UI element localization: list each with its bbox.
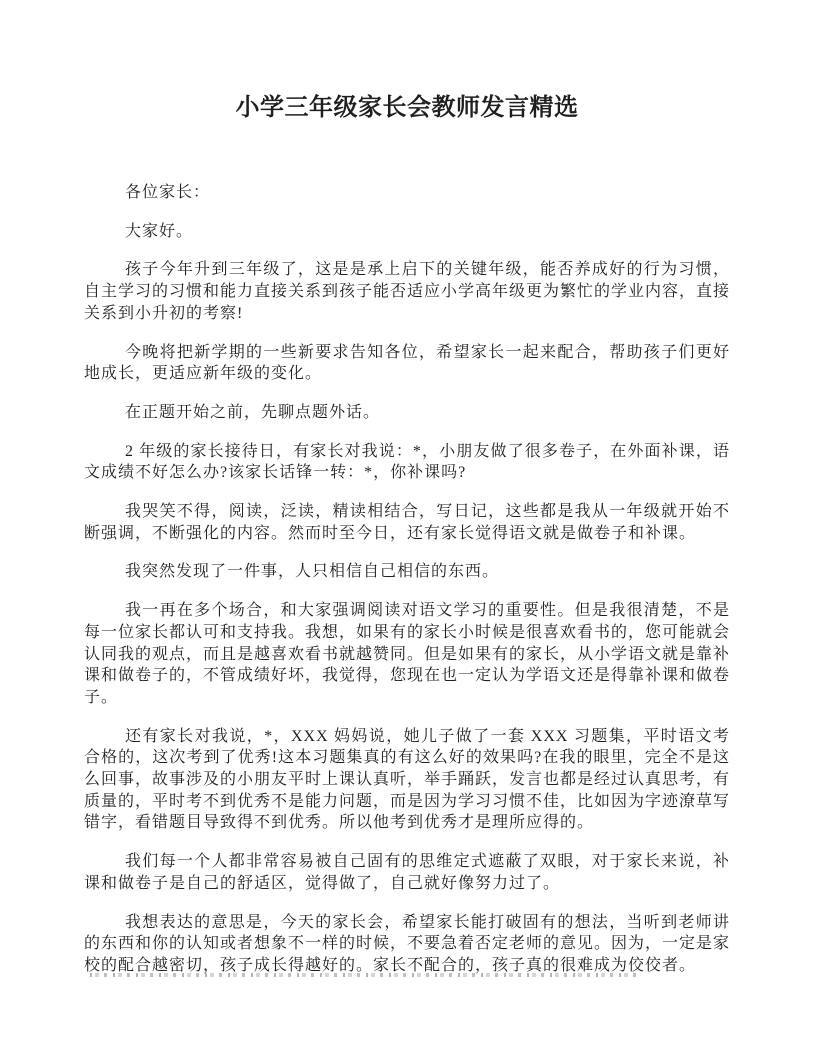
- paragraph-list: 各位家长：大家好。孩子今年升到三年级了，这是是承上启下的关键年级，能否养成好的行…: [84, 182, 730, 977]
- document-page: 小学三年级家长会教师发言精选 各位家长：大家好。孩子今年升到三年级了，这是是承上…: [0, 0, 816, 1056]
- paragraph: 在正题开始之前，先聊点题外话。: [84, 402, 730, 424]
- paragraph: 我突然发现了一件事，人只相信自己相信的东西。: [84, 561, 730, 583]
- paragraph: 今晚将把新学期的一些新要求告知各位，希望家长一起来配合，帮助孩子们更好地成长，更…: [84, 342, 730, 385]
- paragraph: 还有家长对我说，*，XXX 妈妈说，她儿子做了一套 XXX 习题集，平时语文考合…: [84, 726, 730, 835]
- paragraph: 孩子今年升到三年级了，这是是承上启下的关键年级，能否养成好的行为习惯，自主学习的…: [84, 259, 730, 324]
- paragraph: 我们每一个人都非常容易被自己固有的思维定式遮蔽了双眼，对于家长来说，补课和做卷子…: [84, 851, 730, 894]
- paragraph: 各位家长：: [84, 182, 730, 204]
- document-title: 小学三年级家长会教师发言精选: [84, 93, 730, 124]
- paragraph: 我哭笑不得，阅读，泛读，精读相结合，写日记，这些都是我从一年级就开始不断强调，不…: [84, 501, 730, 544]
- paragraph: 2 年级的家长接待日，有家长对我说：*，小朋友做了很多卷子，在外面补课，语文成绩…: [84, 441, 730, 484]
- paragraph: 我一再在多个场合，和大家强调阅读对语文学习的重要性。但是我很清楚，不是每一位家长…: [84, 600, 730, 709]
- paragraph: 我想表达的意思是，今天的家长会，希望家长能打破固有的想法，当听到老师讲的东西和你…: [84, 912, 730, 977]
- paragraph: 大家好。: [84, 221, 730, 243]
